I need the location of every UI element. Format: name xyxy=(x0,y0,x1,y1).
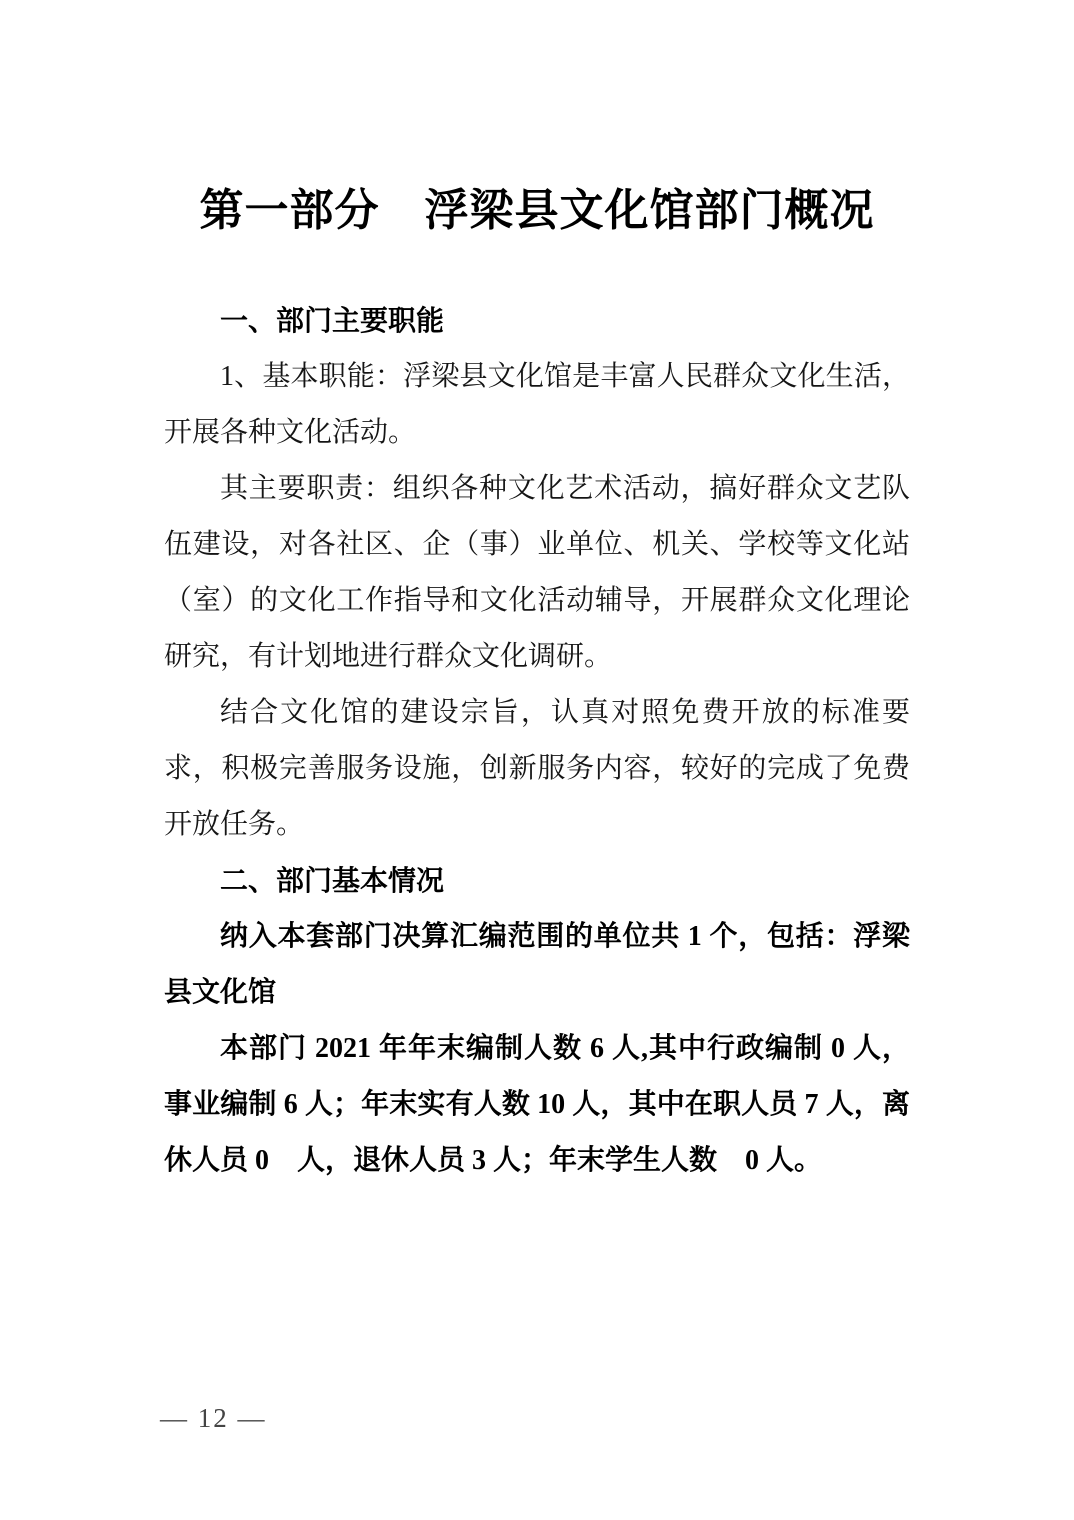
section-1-paragraph-basic-function: 1、基本职能：浮梁县文化馆是丰富人民群众文化生活，开展各种文化活动。 xyxy=(164,349,910,461)
section-1-heading: 一、部门主要职能 xyxy=(164,293,910,349)
page-number-footer: — 12 — xyxy=(160,1398,267,1438)
document-page: 第一部分 浮梁县文化馆部门概况 一、部门主要职能 1、基本职能：浮梁县文化馆是丰… xyxy=(0,0,1074,1520)
section-2-paragraph-units-included: 纳入本套部门决算汇编范围的单位共 1 个，包括：浮梁县文化馆 xyxy=(164,909,910,1021)
section-2-heading: 二、部门基本情况 xyxy=(164,853,910,909)
section-1-paragraph-free-opening: 结合文化馆的建设宗旨，认真对照免费开放的标准要求，积极完善服务设施，创新服务内容… xyxy=(164,685,910,853)
document-body: 一、部门主要职能 1、基本职能：浮梁县文化馆是丰富人民群众文化生活，开展各种文化… xyxy=(164,293,910,1189)
document-title: 第一部分 浮梁县文化馆部门概况 xyxy=(110,0,964,242)
section-1-paragraph-main-duties: 其主要职责：组织各种文化艺术活动，搞好群众文艺队伍建设，对各社区、企（事）业单位… xyxy=(164,461,910,685)
section-2-paragraph-staffing-figures: 本部门 2021 年年末编制人数 6 人,其中行政编制 0 人，事业编制 6 人… xyxy=(164,1021,910,1189)
